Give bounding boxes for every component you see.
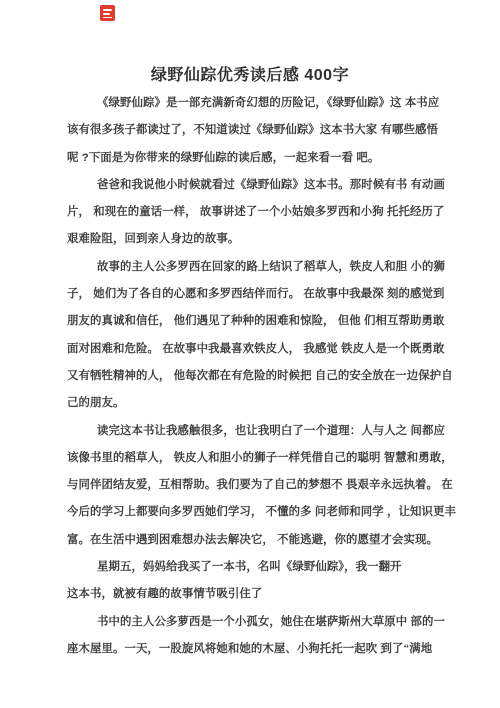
text-line: 座木屋里。一天，一股旋风将她和她的木屋、小狗托托一起吹 到了“满地 <box>67 636 437 663</box>
red-document-badge-icon <box>100 5 115 21</box>
text-line: 读完这本书让我感触很多，也让我明白了一个道理：人与人之 间都应 <box>67 418 437 445</box>
text-line: 子， 她们为了各自的心愿和多罗西结伴而行。 在故事中我最深 刻的感觉到 <box>67 281 437 308</box>
text-line: 富。在生活中遇到困难想办法去解决它， 不能逃避，你的愿望才会实现。 <box>67 527 437 554</box>
text-line: 这本书，就被有趣的故事情节吸引住了 <box>67 581 437 608</box>
text-line: 与同伴团结友爱，互相帮助。我们要为了自己的梦想不 畏艰辛永远执着。 在 <box>67 472 437 499</box>
text-line: 朋友的真诚和信任， 他们遇见了种种的困难和惊险， 但他 们相互帮助勇敢 <box>67 308 437 335</box>
text-line: 该有很多孩子都读过了，不知道读过《绿野仙踪》这本书大家 有哪些感悟 <box>67 117 437 144</box>
text-line: 《绿野仙踪》是一部充满新奇幻想的历险记，《绿野仙踪》这 本书应 <box>67 90 437 117</box>
text-line: 今后的学习上都要向多罗西她们学习， 不懂的多 问老师和同学 ，让知识更丰 <box>67 499 437 526</box>
text-line: 书中的主人公多萝西是一个小孤女，她住在堪萨斯州大草原中 部的一 <box>67 609 437 636</box>
text-line: 故事的主人公多罗西在回家的路上结识了稻草人，铁皮人和胆 小的狮 <box>67 254 437 281</box>
document-title: 绿野仙踪优秀读后感 400字 <box>0 62 500 85</box>
text-line: 呢 ?下面是为你带来的绿野仙踪的读后感，一起来看一看 吧。 <box>67 145 437 172</box>
text-line: 爸爸和我说他小时候就看过《绿野仙踪》这本书。那时候有书 有动画 <box>67 172 437 199</box>
document-body: 《绿野仙踪》是一部充满新奇幻想的历险记，《绿野仙踪》这 本书应该有很多孩子都读过… <box>67 90 437 663</box>
text-line: 面对困难和危险。 在故事中我最喜欢铁皮人， 我感觉 铁皮人是一个既勇敢 <box>67 336 437 363</box>
text-line: 艰难险阻，回到亲人身边的故事。 <box>67 226 437 253</box>
text-line: 又有牺牲精神的人， 他每次都在有危险的时候把 自己的安全放在一边保护自 <box>67 363 437 390</box>
text-line: 星期五，妈妈给我买了一本书，名叫《绿野仙踪》，我一翻开 <box>67 554 437 581</box>
text-line: 片， 和现在的童话一样， 故事讲述了一个小姑娘多罗西和小狗 托托经历了 <box>67 199 437 226</box>
document-page: 绿野仙踪优秀读后感 400字 《绿野仙踪》是一部充满新奇幻想的历险记，《绿野仙踪… <box>0 0 500 708</box>
text-line: 该像书里的稻草人， 铁皮人和胆小的狮子一样凭借自己的聪明 智慧和勇敢， <box>67 445 437 472</box>
text-line: 己的朋友。 <box>67 390 437 417</box>
